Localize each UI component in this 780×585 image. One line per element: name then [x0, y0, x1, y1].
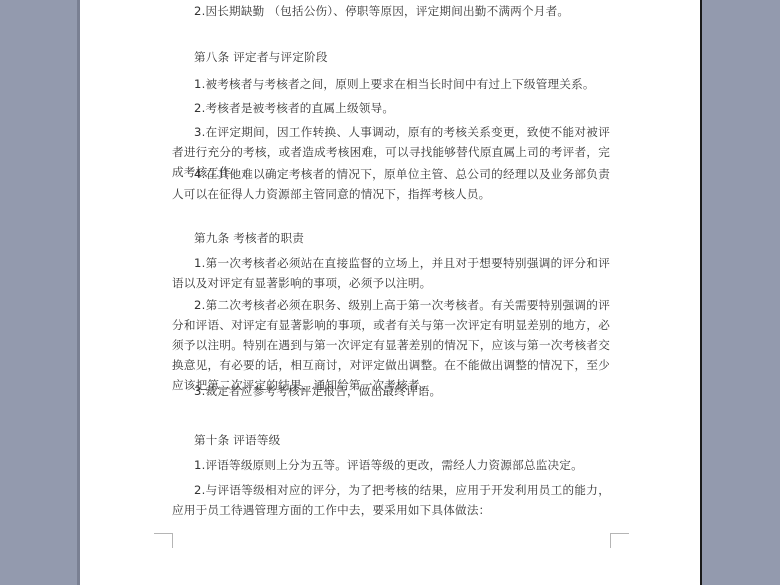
paragraph: 2.与评语等级相对应的评分，为了把考核的结果，应用于开发利用员工的能力，应用于员… — [172, 480, 610, 520]
intro-paragraph: 2.因长期缺勤 （包括公伤）、停职等原因，评定期间出勤不满两个月者。 — [172, 1, 610, 21]
section-heading-article-9: 第九条 考核者的职责 — [194, 228, 304, 248]
margin-corner-mark-left — [154, 533, 173, 548]
paragraph: 3.裁定者应参考考核评定报告，做出最终评语。 — [172, 381, 610, 401]
paragraph: 1.第一次考核者必须站在直接监督的立场上，并且对于想要特别强调的评分和评语以及对… — [172, 253, 610, 293]
paragraph: 2.考核者是被考核者的直属上级领导。 — [172, 98, 610, 118]
document-workspace[interactable]: 2.因长期缺勤 （包括公伤）、停职等原因，评定期间出勤不满两个月者。 第八条 评… — [0, 0, 780, 585]
paragraph: 1.评语等级原则上分为五等。评语等级的更改，需经人力资源部总监决定。 — [172, 455, 610, 475]
section-heading-article-8: 第八条 评定者与评定阶段 — [194, 47, 328, 67]
margin-corner-mark-right — [610, 533, 629, 548]
paragraph: 2.第二次考核者必须在职务、级别上高于第一次考核者。有关需要特别强调的评分和评语… — [172, 295, 610, 395]
paragraph: 1.被考核者与考核者之间，原则上要求在相当长时间中有过上下级管理关系。 — [172, 74, 610, 94]
section-heading-article-10: 第十条 评语等级 — [194, 430, 280, 450]
page-border — [700, 0, 702, 585]
document-page[interactable]: 2.因长期缺勤 （包括公伤）、停职等原因，评定期间出勤不满两个月者。 第八条 评… — [80, 0, 700, 585]
paragraph: 4.在其他难以确定考核者的情况下，原单位主管、总公司的经理以及业务部负责人可以在… — [172, 164, 610, 204]
